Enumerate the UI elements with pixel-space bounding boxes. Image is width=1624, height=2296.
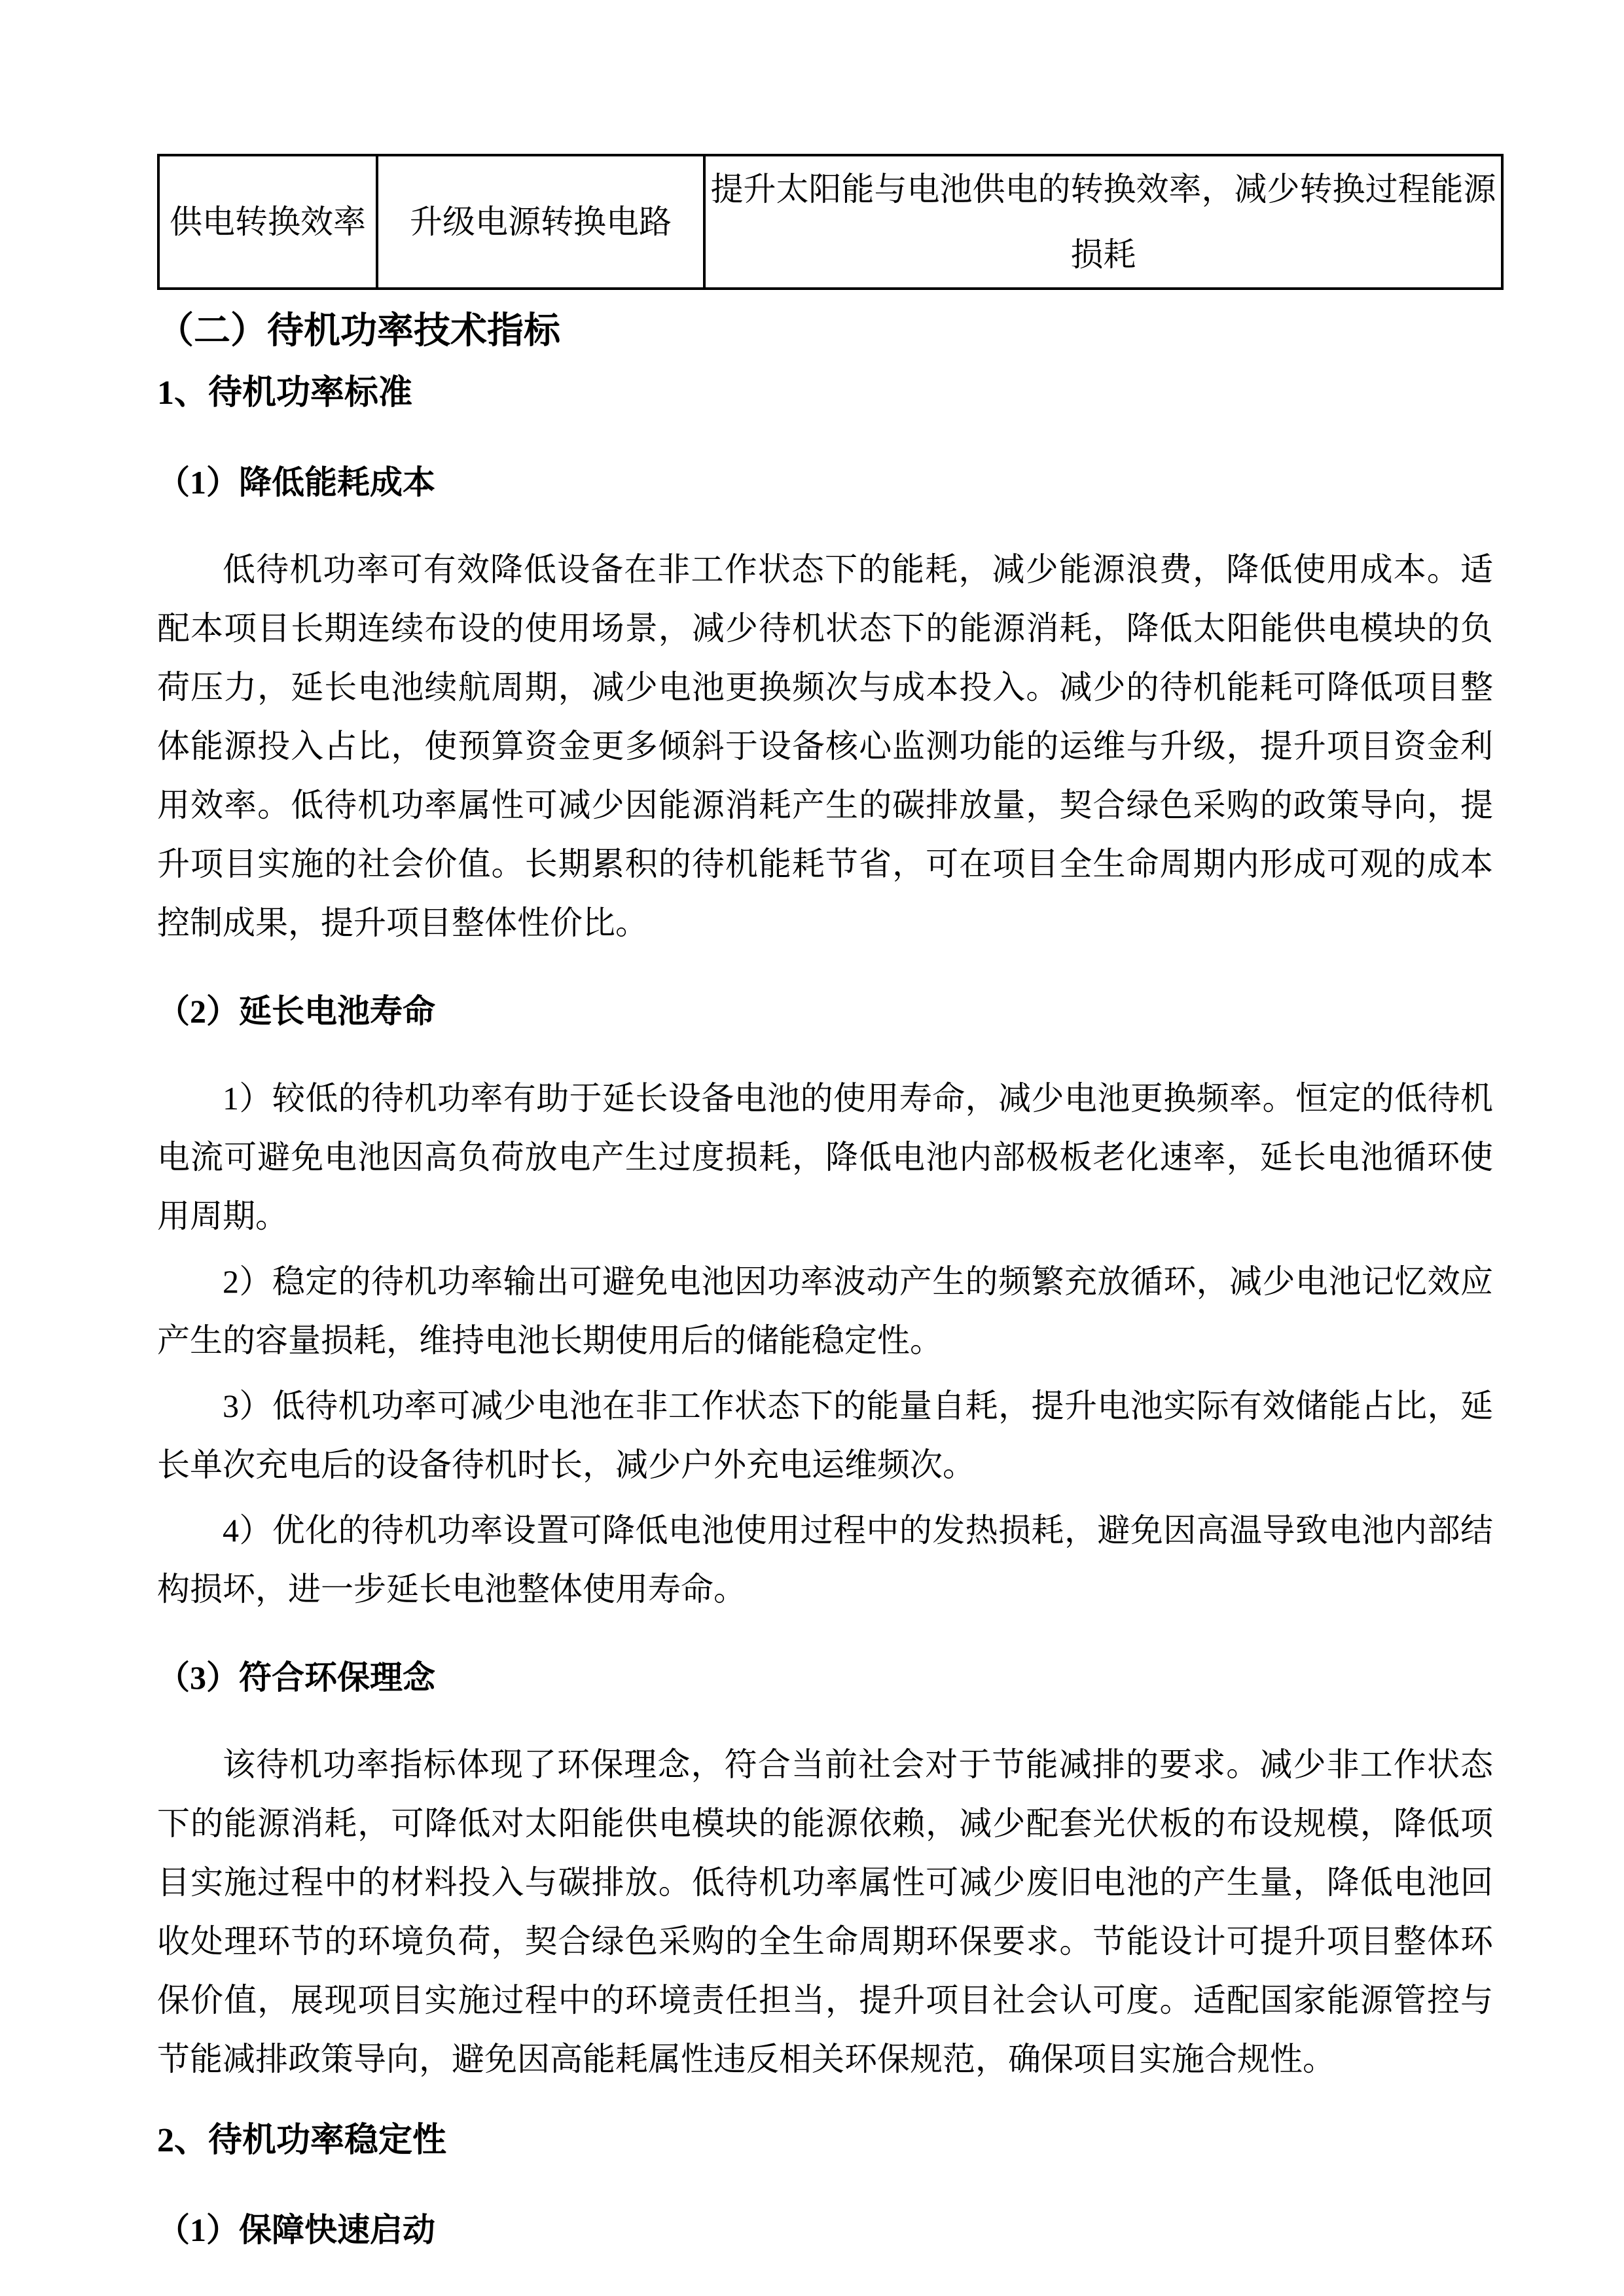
paragraph-environmental-concept: 该待机功率指标体现了环保理念，符合当前社会对于节能减排的要求。减少非工作状态下的… [157, 1735, 1493, 2089]
paragraph-battery-point-1: 1）较低的待机功率有助于延长设备电池的使用寿命，减少电池更换频率。恒定的低待机电… [157, 1069, 1493, 1246]
item-heading-ensure-fast-startup: （1）保障快速启动 [157, 2200, 1493, 2260]
table-row: 供电转换效率 升级电源转换电路 提升太阳能与电池供电的转换效率，减少转换过程能源… [158, 155, 1502, 289]
paragraph-battery-point-4: 4）优化的待机功率设置可降低电池使用过程中的发热损耗，避免因高温导致电池内部结构… [157, 1501, 1493, 1619]
subsection-heading-standby-power-stability: 2、待机功率稳定性 [157, 2111, 1493, 2171]
subsection-heading-standby-power-standard: 1、待机功率标准 [157, 363, 1493, 423]
paragraph-reduce-energy-cost: 低待机功率可有效降低设备在非工作状态下的能耗，减少能源浪费，降低使用成本。适配本… [157, 540, 1493, 952]
item-heading-extend-battery-life: （2）延长电池寿命 [157, 981, 1493, 1041]
item-heading-reduce-energy-cost: （1）降低能耗成本 [157, 452, 1493, 512]
paragraph-battery-point-2: 2）稳定的待机功率输出可避免电池因功率波动产生的频繁充放循环，减少电池记忆效应产… [157, 1252, 1493, 1370]
table-cell-measure: 升级电源转换电路 [377, 155, 704, 289]
section-heading-standby-power-specs: （二）待机功率技术指标 [157, 300, 1493, 361]
table-cell-indicator: 供电转换效率 [158, 155, 377, 289]
paragraph-battery-point-3: 3）低待机功率可减少电池在非工作状态下的能量自耗，提升电池实际有效储能占比，延长… [157, 1376, 1493, 1494]
document-page: 供电转换效率 升级电源转换电路 提升太阳能与电池供电的转换效率，减少转换过程能源… [0, 0, 1624, 2296]
spec-continuation-table: 供电转换效率 升级电源转换电路 提升太阳能与电池供电的转换效率，减少转换过程能源… [157, 154, 1504, 290]
item-heading-environmental-concept: （3）符合环保理念 [157, 1647, 1493, 1708]
table-cell-benefit: 提升太阳能与电池供电的转换效率，减少转换过程能源损耗 [704, 155, 1502, 289]
